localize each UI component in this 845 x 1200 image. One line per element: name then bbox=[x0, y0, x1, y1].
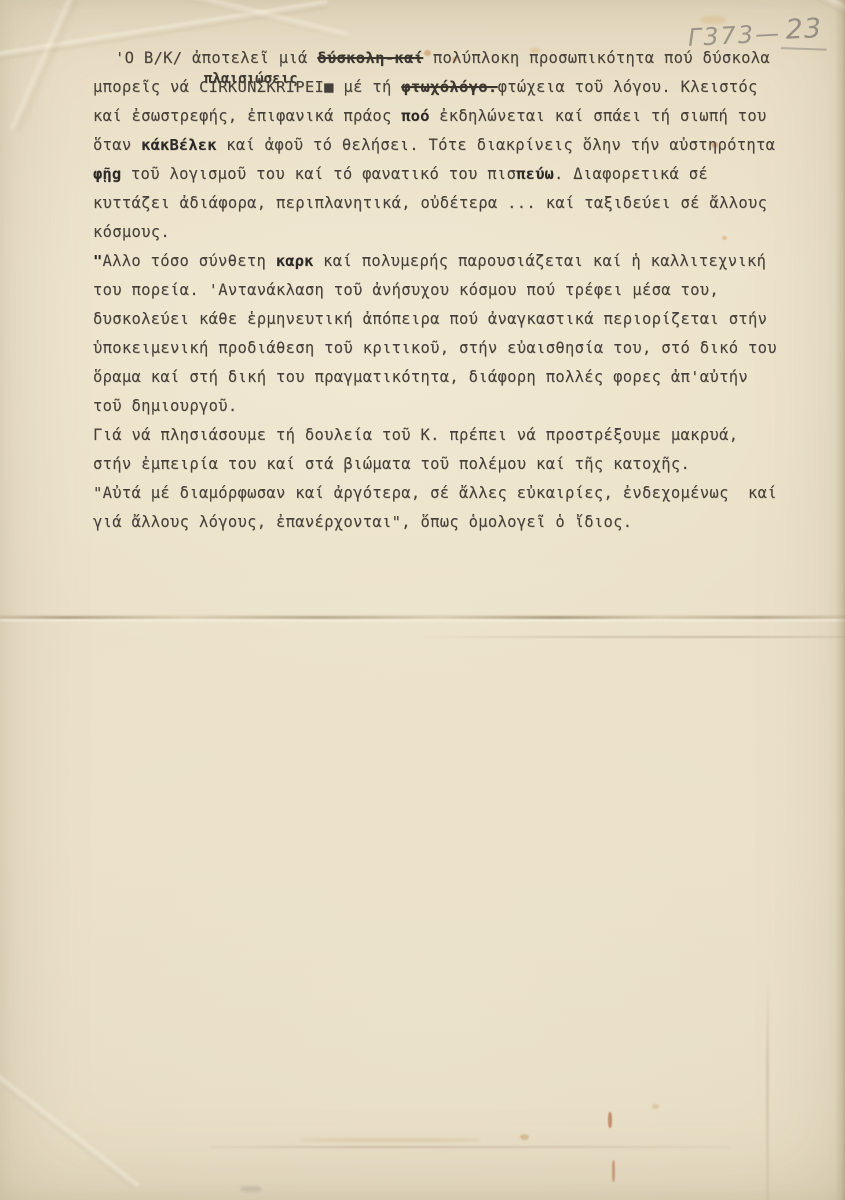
rust-stain bbox=[608, 1112, 612, 1128]
typewritten-text: 'Ο Β/Κ/ ἀποτελεῖ μιά δύσκολη-καί πολύπλο… bbox=[93, 44, 833, 537]
text-segment: ὅραμα καί στή δική του πραγματικότητα, δ… bbox=[93, 368, 748, 386]
text-segment: καί ἀφοῦ τό θελήσει. Τότε διακρίνεις ὅλη… bbox=[217, 136, 776, 154]
text-segment: καί πολυμερής παρουσιάζεται καί ἡ καλλιτ… bbox=[314, 252, 767, 270]
text-segment: γιά ἄλλους λόγους, ἐπανέρχονται", ὅπως ὁ… bbox=[93, 513, 632, 531]
foxing-stain bbox=[520, 1134, 529, 1140]
struck-text: φτωχόλόγο. bbox=[401, 78, 497, 96]
paper-crease bbox=[152, 0, 348, 40]
horizontal-fold-crease bbox=[0, 616, 845, 619]
overtyped-text: καρκ bbox=[276, 252, 314, 270]
overtyped-text: ποό bbox=[401, 107, 429, 125]
text-segment: του πορεία. 'Αντανάκλαση τοῦ ἀνήσυχου κό… bbox=[93, 281, 719, 299]
text-segment: κυττάζει ἀδιάφορα, περιπλανητικά, οὐδέτε… bbox=[93, 194, 767, 212]
text-segment: στήν ἐμπειρία του καί στά βιώματα τοῦ πο… bbox=[93, 455, 690, 473]
text-line: ὅταν κάκΒέλεκ καί ἀφοῦ τό θελήσει. Τότε … bbox=[93, 131, 833, 160]
paper-crease bbox=[210, 1146, 730, 1148]
text-line: κόσμους. bbox=[93, 218, 833, 247]
text-segment: τοῦ λογισμοῦ του καί τό φανατικό του πισ bbox=[121, 165, 516, 183]
smudge-stain bbox=[240, 1186, 262, 1192]
text-segment: πολύπλοκη προσωπικότητα πού δύσκολα bbox=[423, 49, 770, 67]
text-line: "Αλλο τόσο σύνθετη καρκ καί πολυμερής πα… bbox=[93, 247, 833, 276]
text-segment: μέ τή bbox=[334, 78, 401, 96]
overtyped-text: πεύω bbox=[516, 165, 554, 183]
paper-crease bbox=[0, 1073, 139, 1190]
typed-correction-above: πλαισιώσεις bbox=[204, 65, 298, 94]
text-segment: Γιά νά πλησιάσουμε τή δουλεία τοῦ Κ. πρέ… bbox=[93, 426, 738, 444]
text-segment: . Διαφορετικά σέ bbox=[554, 165, 708, 183]
text-line: ὅραμα καί στή δική του πραγματικότητα, δ… bbox=[93, 363, 833, 392]
paper-crease bbox=[10, 0, 84, 134]
text-line: γιά ἄλλους λόγους, ἐπανέρχονται", ὅπως ὁ… bbox=[93, 508, 833, 537]
text-line: του πορεία. 'Αντανάκλαση τοῦ ἀνήσυχου κό… bbox=[93, 276, 833, 305]
text-segment: ἐκδηλώνεται καί σπάει τή σιωπή του bbox=[430, 107, 767, 125]
text-line: φῇg τοῦ λογισμοῦ του καί τό φανατικό του… bbox=[93, 160, 833, 189]
paper-crease bbox=[766, 980, 769, 1200]
rust-stain bbox=[612, 1160, 615, 1182]
overtyped-text: κάκΒέλεκ bbox=[141, 136, 216, 154]
horizontal-fold-crease bbox=[420, 636, 845, 638]
text-line: Γιά νά πλησιάσουμε τή δουλεία τοῦ Κ. πρέ… bbox=[93, 421, 833, 450]
text-line: καί ἐσωστρεφής, ἐπιφανικά πράος ποό ἐκδη… bbox=[93, 102, 833, 131]
text-line: τοῦ δημιουργοῦ. bbox=[93, 392, 833, 421]
text-segment: δυσκολεύει κάθε ἑρμηνευτική ἀπόπειρα πού… bbox=[93, 310, 767, 328]
text-segment: CIRKUNΣKRIPEI■πλαισιώσεις bbox=[199, 78, 334, 96]
text-line: μπορεῖς νά CIRKUNΣKRIPEI■πλαισιώσεις μέ … bbox=[93, 73, 833, 102]
overtyped-text: φῇg bbox=[93, 165, 121, 183]
paper-edge-shadow bbox=[835, 0, 845, 1200]
text-line: κυττάζει ἀδιάφορα, περιπλανητικά, οὐδέτε… bbox=[93, 189, 833, 218]
text-line: ὑποκειμενική προδιάθεση τοῦ κριτικοῦ, στ… bbox=[93, 334, 833, 363]
text-line: "Αὐτά μέ διαμόρφωσαν καί ἀργότερα, σέ ἄλ… bbox=[93, 479, 833, 508]
text-segment: ὑποκειμενική προδιάθεση τοῦ κριτικοῦ, στ… bbox=[93, 339, 777, 357]
text-segment: μπορεῖς νά bbox=[93, 78, 199, 96]
text-segment: καί ἐσωστρεφής, ἐπιφανικά πράος bbox=[93, 107, 401, 125]
text-segment: ὅταν bbox=[93, 136, 141, 154]
text-line: στήν ἐμπειρία του καί στά βιώματα τοῦ πο… bbox=[93, 450, 833, 479]
struck-text: δύσκολη-καί bbox=[317, 49, 423, 67]
text-segment: "Αὐτά μέ διαμόρφωσαν καί ἀργότερα, σέ ἄλ… bbox=[93, 484, 777, 502]
foxing-stain bbox=[300, 1138, 480, 1142]
paper-sheet: Γ373— 23 'Ο Β/Κ/ ἀποτελεῖ μιά δύσκολη-κα… bbox=[0, 0, 845, 1200]
foxing-stain bbox=[652, 1104, 659, 1109]
text-line: δυσκολεύει κάθε ἑρμηνευτική ἀπόπειρα πού… bbox=[93, 305, 833, 334]
text-segment: Αλλο τόσο σύνθετη bbox=[102, 252, 275, 270]
text-segment: κόσμους. bbox=[93, 223, 170, 241]
text-segment: φτώχεια τοῦ λόγου. Κλειστός bbox=[498, 78, 758, 96]
text-segment: τοῦ δημιουργοῦ. bbox=[93, 397, 237, 415]
annotation-number: 23 bbox=[785, 13, 823, 46]
